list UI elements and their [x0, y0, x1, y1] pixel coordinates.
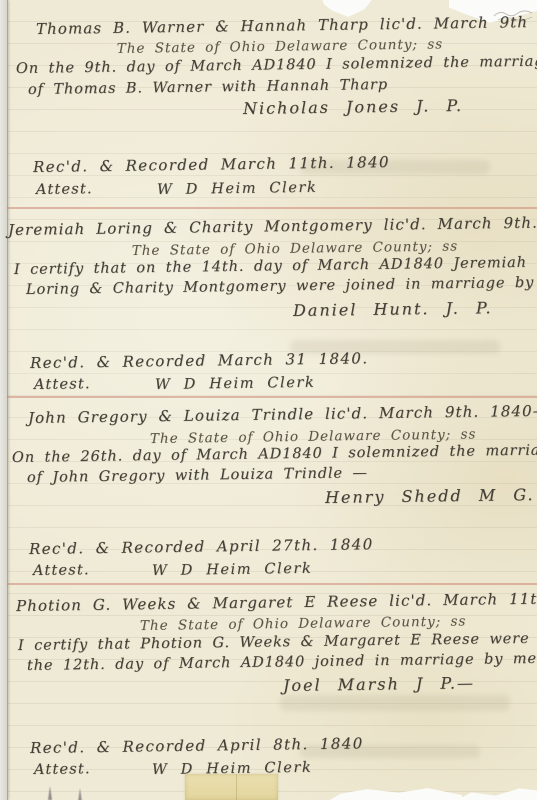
record-body-line: Loring & Charity Montgomery were joined … [26, 274, 537, 298]
ink-mark [48, 786, 52, 800]
attest-label: Attest. [33, 562, 90, 579]
attest-label: Attest. [36, 181, 93, 198]
ink-mark [78, 788, 82, 800]
record-body-line: I certify that Photion G. Weeks & Margar… [18, 630, 537, 654]
torn-edge-bottom [330, 786, 462, 800]
record-body-line: the 12th. day of March AD1840 joined in … [27, 651, 537, 674]
clerk-signature: W D Heim Clerk [155, 375, 316, 393]
record-license-line: Jeremiah Loring & Charity Montgomery lic… [8, 213, 537, 239]
record-body-line: On the 9th. day of March AD1840 I solemn… [16, 53, 537, 77]
record-license-line: Photion G. Weeks & Margaret E Reese lic'… [16, 589, 537, 615]
document-page: Thomas B. Warner & Hannah Tharp lic'd. M… [0, 0, 537, 800]
yellow-tab [185, 774, 278, 800]
record-body-line: On the 26th. day of March AD1840 I solem… [12, 442, 537, 466]
clerk-signature: W D Heim Clerk [152, 561, 313, 579]
section-divider-rule [7, 583, 537, 585]
officiant-signature: Joel Marsh J P.— [283, 673, 475, 695]
left-paper-edge [0, 0, 8, 800]
attest-label: Attest. [34, 376, 91, 393]
ink-showthrough [280, 695, 510, 711]
attest-label: Attest. [34, 761, 91, 778]
officiant-signature: Henry Shedd M G. [325, 485, 535, 507]
section-divider-rule [7, 396, 537, 398]
section-divider-rule [7, 207, 537, 209]
officiant-signature: Nicholas Jones J. P. [243, 96, 463, 118]
record-license-line: Thomas B. Warner & Hannah Tharp lic'd. M… [36, 12, 537, 38]
record-body-line: of John Gregory with Louiza Trindle — [27, 465, 368, 486]
clerk-signature: W D Heim Clerk [152, 760, 313, 778]
officiant-signature: Daniel Hunt. J. P. [293, 298, 493, 320]
clerk-signature: W D Heim Clerk [157, 180, 318, 198]
torn-corner-bottom-right [457, 780, 537, 800]
recorded-line: Rec'd. & Recorded April 27th. 1840 [29, 535, 374, 558]
record-license-line: John Gregory & Louiza Trindle lic'd. Mar… [28, 402, 537, 427]
record-body-line: I certify that on the 14th. day of March… [14, 255, 527, 278]
recorded-line: Rec'd. & Recorded March 31 1840. [30, 349, 369, 372]
record-state-line: The State of Ohio Delaware County; ss [110, 36, 450, 57]
record-body-line: of Thomas B. Warner with Hannah Tharp [28, 77, 388, 98]
record-state-line: The State of Ohio Delaware County; ss [140, 614, 460, 634]
